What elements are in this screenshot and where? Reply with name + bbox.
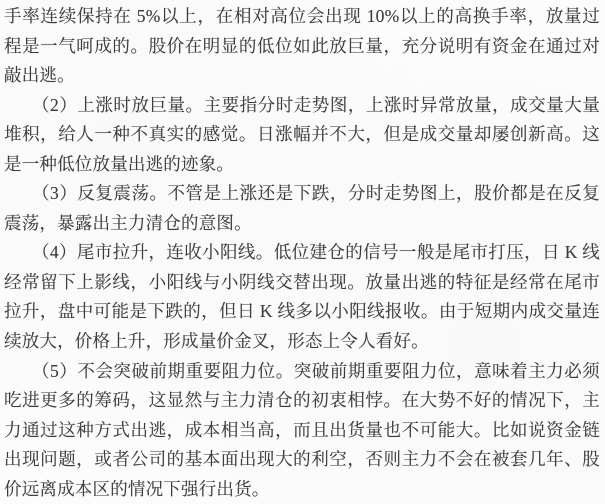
text-line: 吃进更多的筹码，这显然与主力清仓的初衷相悖。在大势不好的情况下，主 bbox=[4, 386, 600, 416]
text-line: 手率连续保持在 5%以上，在相对高位会出现 10%以上的高换手率，放量过 bbox=[4, 2, 600, 32]
text-line: 堆积，给人一种不真实的感觉。日涨幅并不大，但是成交量却屡创新高。这 bbox=[4, 120, 600, 150]
text-line: 是一种低位放量出逃的迹象。 bbox=[4, 150, 600, 180]
text-line: （2）上涨时放巨量。主要指分时走势图，上涨时异常放量，成交量大量 bbox=[4, 91, 600, 121]
text-line: 震荡，暴露出主力清仓的意图。 bbox=[4, 209, 600, 239]
text-line: 敲出逃。 bbox=[4, 61, 600, 91]
text-line: 出现问题，或者公司的基本面出现大的利空，否则主力不会在被套几年、股 bbox=[4, 445, 600, 475]
text-line: 力通过这种方式出逃，成本相当高，而且出货量也不可能大。比如说资金链 bbox=[4, 416, 600, 446]
scanned-book-page: 手率连续保持在 5%以上，在相对高位会出现 10%以上的高换手率，放量过程是一气… bbox=[0, 0, 605, 504]
text-line: 价远离成本区的情况下强行出货。 bbox=[4, 475, 600, 504]
text-line: 经常留下上影线，小阳线与小阴线交替出现。放量出逃的特征是经常在尾市 bbox=[4, 268, 600, 298]
text-line: 程是一气呵成的。股价在明显的低位如此放巨量，充分说明有资金在通过对 bbox=[4, 32, 600, 62]
text-line: 续放大，价格上升，形成量价金叉，形态上令人看好。 bbox=[4, 327, 600, 357]
text-line: （4）尾市拉升，连收小阳线。低位建仓的信号一般是尾市打压，日 K 线 bbox=[4, 238, 600, 268]
text-line: （5）不会突破前期重要阻力位。突破前期重要阻力位，意味着主力必须 bbox=[4, 357, 600, 387]
body-text: 手率连续保持在 5%以上，在相对高位会出现 10%以上的高换手率，放量过程是一气… bbox=[4, 2, 600, 504]
text-line: （3）反复震荡。不管是上涨还是下跌，分时走势图上，股价都是在反复 bbox=[4, 179, 600, 209]
text-line: 拉升，盘中可能是下跌的，但日 K 线多以小阳线报收。由于短期内成交量连 bbox=[4, 297, 600, 327]
